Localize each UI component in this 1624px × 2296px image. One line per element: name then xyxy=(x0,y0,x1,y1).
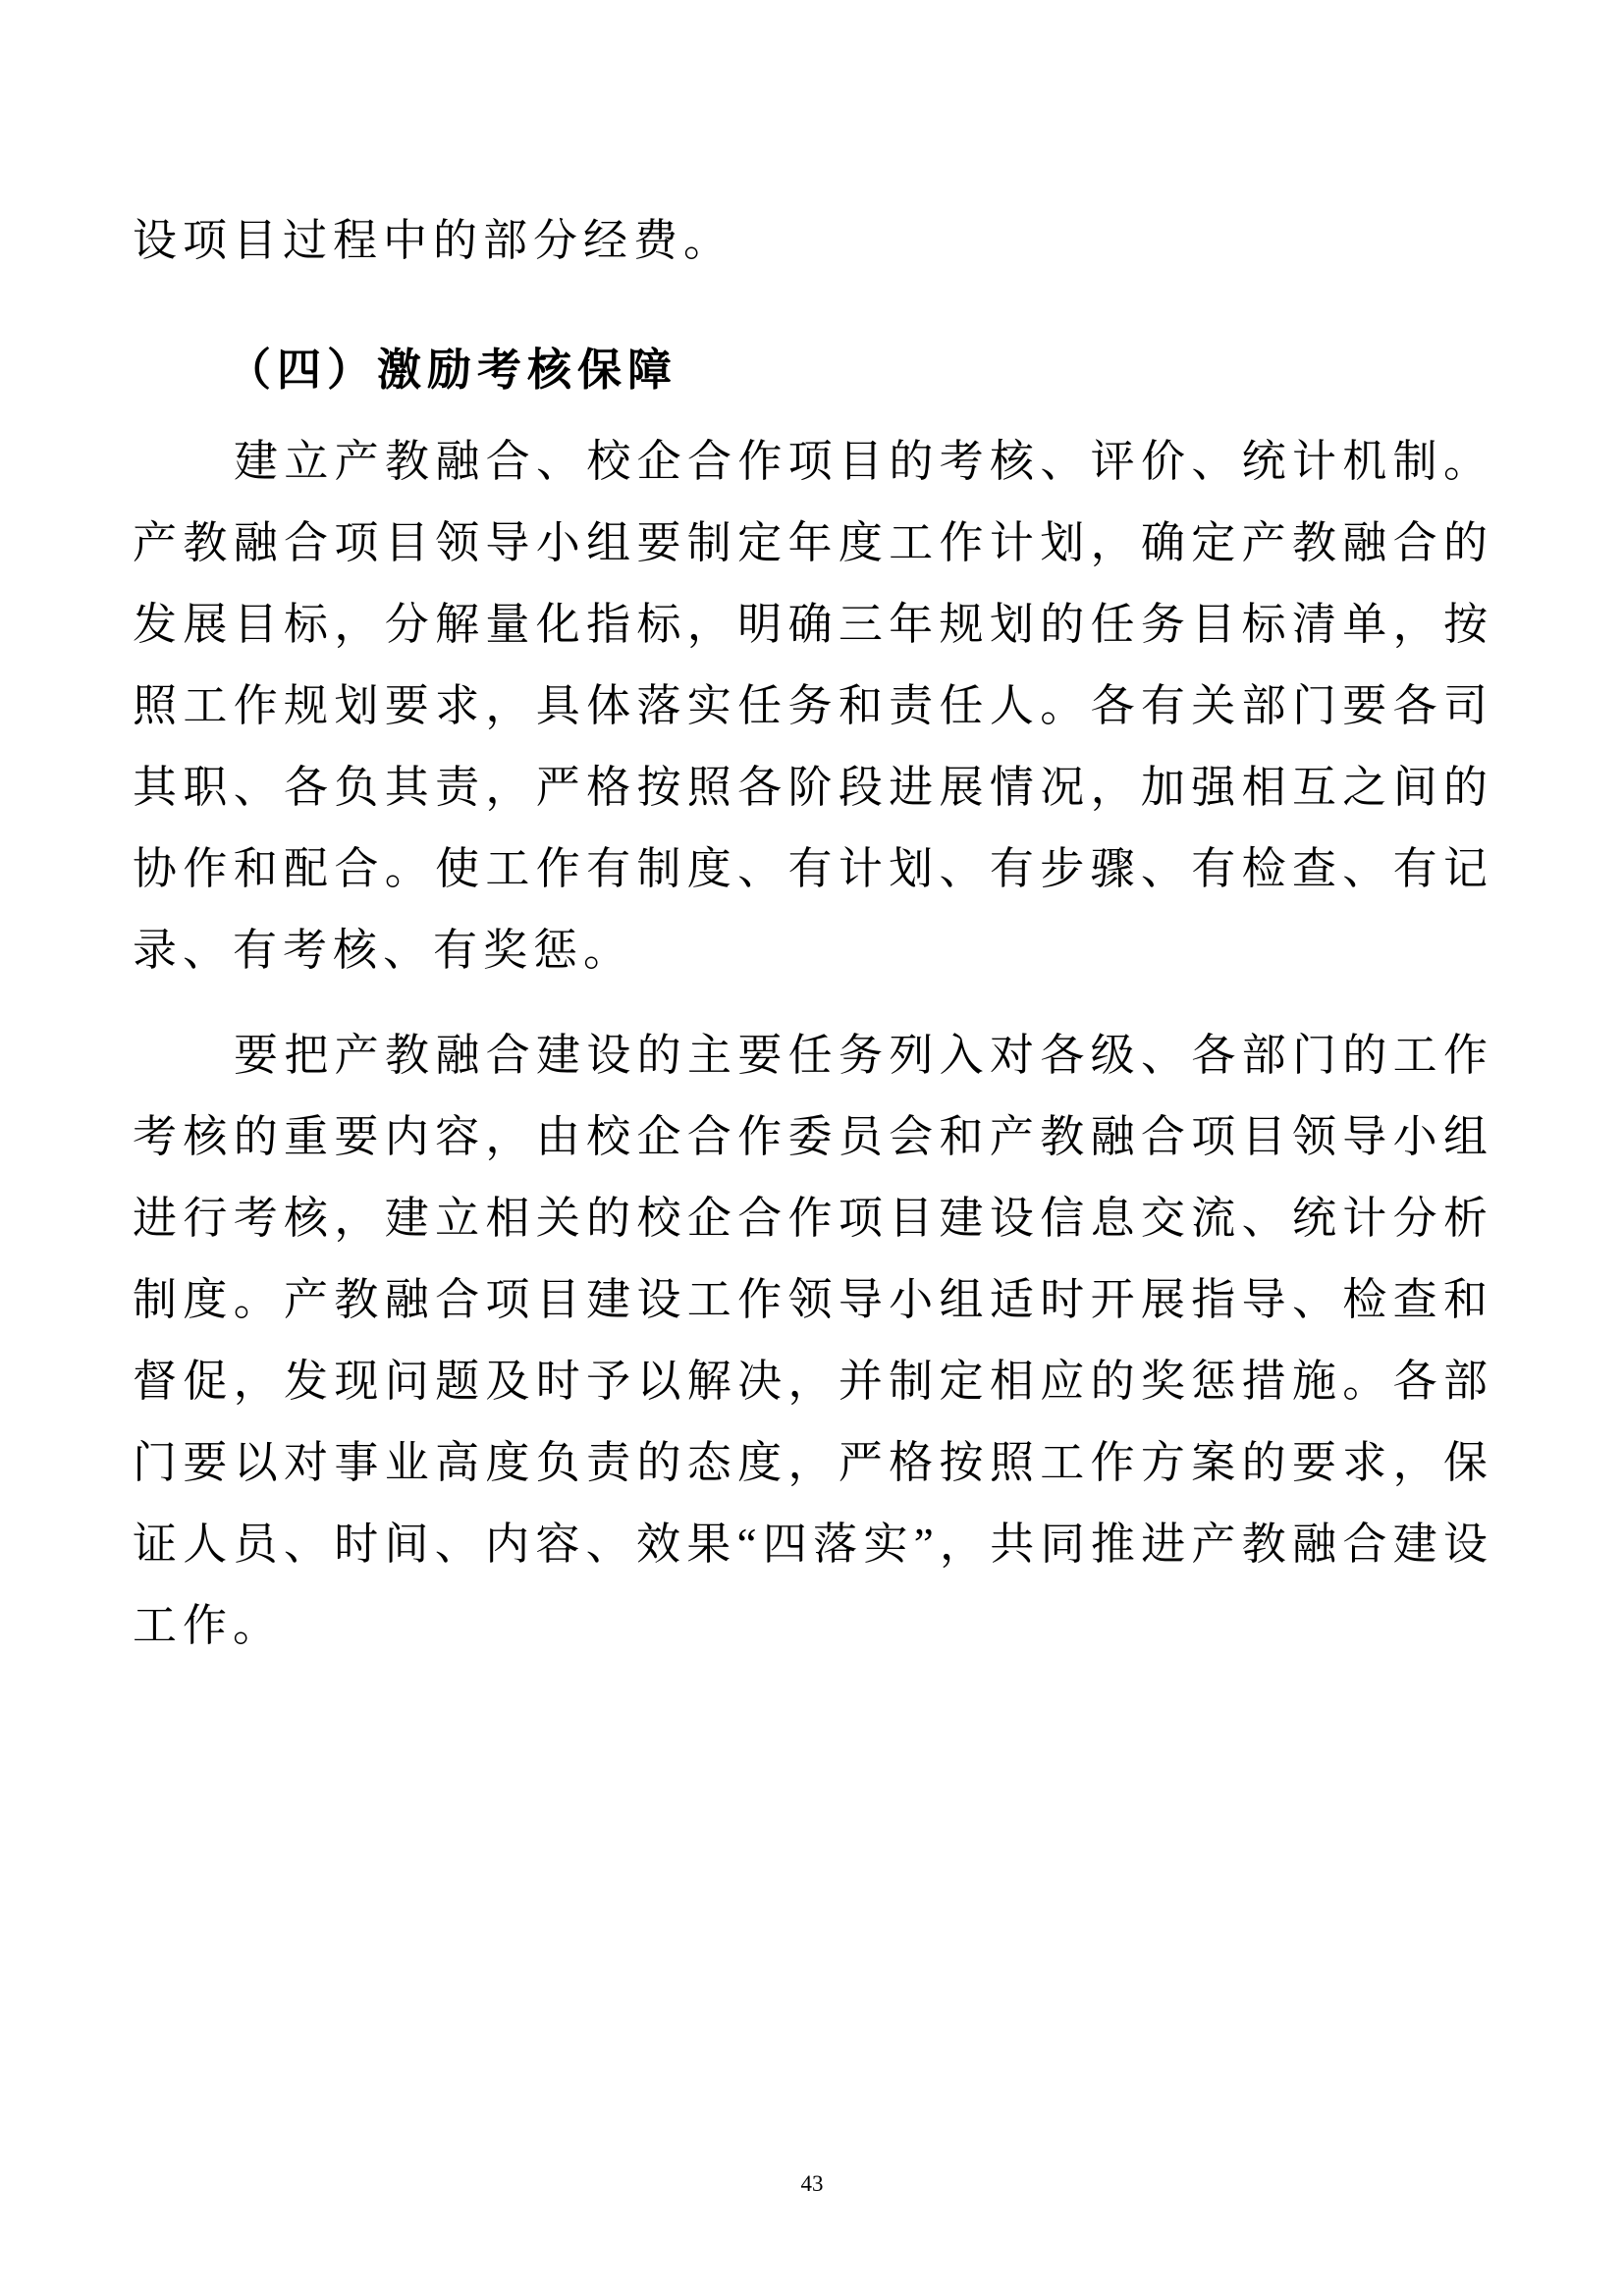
document-page: 设项目过程中的部分经费。 （四）激励考核保障 建立产教融合、校企合作项目的考核、… xyxy=(0,0,1624,2296)
document-body: 设项目过程中的部分经费。 （四）激励考核保障 建立产教融合、校企合作项目的考核、… xyxy=(133,200,1493,1667)
page-number: 43 xyxy=(0,2170,1624,2198)
paragraph-1: 建立产教融合、校企合作项目的考核、评价、统计机制。产教融合项目领导小组要制定年度… xyxy=(133,421,1493,991)
section-heading: （四）激励考核保障 xyxy=(133,329,1493,410)
paragraph-2: 要把产教融合建设的主要任务列入对各级、各部门的工作考核的重要内容，由校企合作委员… xyxy=(133,1015,1493,1667)
continuation-paragraph: 设项目过程中的部分经费。 xyxy=(133,200,1493,282)
